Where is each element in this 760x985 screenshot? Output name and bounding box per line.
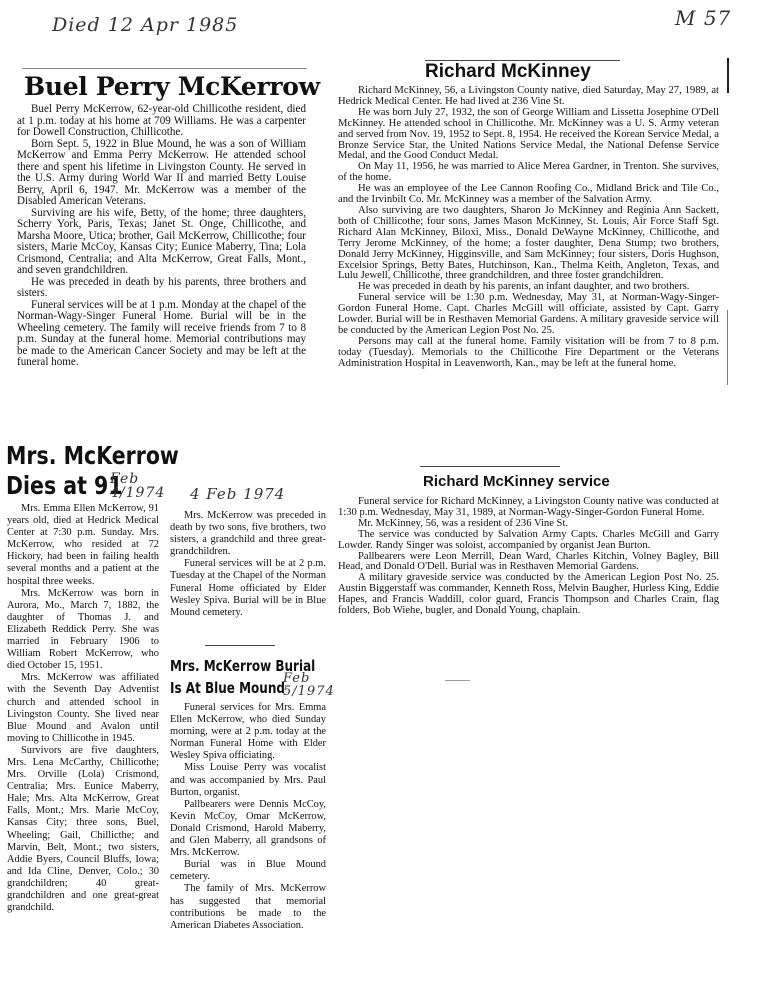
article-column-2: Mrs. McKerrow was preceded in death by t…	[170, 510, 326, 619]
paragraph: Funeral service will be 1:30 p.m. Wednes…	[338, 293, 719, 337]
column-border	[727, 310, 728, 385]
handwritten-page-code: M 57	[675, 6, 731, 30]
divider	[205, 645, 275, 646]
paragraph: Mrs. McKerrow was born in Aurora, Mo., M…	[7, 588, 159, 673]
paragraph: Surviving are his wife, Betty, of the ho…	[17, 208, 306, 277]
handwritten-date: 4 Feb 1974	[190, 485, 285, 503]
divider	[420, 466, 560, 467]
paragraph: Funeral services will be at 1 p.m. Monda…	[17, 300, 306, 369]
headline-richard: Richard McKinney	[425, 61, 591, 83]
headline-richard-service: Richard McKinney service	[423, 473, 610, 490]
paragraph: Mrs. Emma Ellen McKerrow, 91 years old, …	[7, 503, 159, 588]
paragraph: The family of Mrs. McKerrow has suggeste…	[170, 883, 326, 931]
divider	[445, 680, 470, 681]
handwritten-date: Feb 5/1974	[283, 672, 328, 698]
paragraph: Also surviving are two daughters, Sharon…	[338, 206, 719, 282]
paragraph: He was born July 27, 1932, the son of Ge…	[338, 108, 719, 163]
headline-buel: Buel Perry McKerrow	[24, 72, 320, 101]
headline-burial-line2: Is At Blue Mound	[170, 679, 285, 697]
paragraph: Funeral service for Richard McKinney, a …	[338, 497, 719, 519]
article-body-richard: Richard McKinney, 56, a Livingston Count…	[338, 86, 719, 370]
paragraph: Pallbearers were Dennis McCoy, Kevin McC…	[170, 799, 326, 859]
paragraph: Pallbearers were Leon Merrill, Dean Ward…	[338, 552, 719, 574]
article-body-buel: Buel Perry McKerrow, 62-year-old Chillic…	[17, 104, 306, 369]
paragraph: Buel Perry McKerrow, 62-year-old Chillic…	[17, 104, 306, 139]
paragraph: Miss Louise Perry was vocalist and was a…	[170, 762, 326, 798]
handwritten-death-date: Died 12 Apr 1985	[52, 14, 238, 36]
paragraph: Survivors are five daughters, Mrs. Lena …	[7, 745, 159, 914]
paragraph: Richard McKinney, 56, a Livingston Count…	[338, 86, 719, 108]
paragraph: On May 11, 1956, he was married to Alice…	[338, 162, 719, 184]
paragraph: The service was conducted by Salvation A…	[338, 530, 719, 552]
article-body-richard-service: Funeral service for Richard McKinney, a …	[338, 497, 719, 617]
article-body-burial: Funeral services for Mrs. Emma Ellen McK…	[170, 702, 326, 932]
paragraph: Funeral services will be at 2 p.m. Tuesd…	[170, 558, 326, 618]
paragraph: Persons may call at the funeral home. Fa…	[338, 337, 719, 370]
paragraph: A military graveside service was conduct…	[338, 573, 719, 617]
headline-mrs-mckerrow-line2: Dies at 91	[6, 471, 123, 500]
paragraph: Mrs. McKerrow was affiliated with the Se…	[7, 672, 159, 745]
column-border	[727, 58, 729, 93]
paragraph: Mrs. McKerrow was preceded in death by t…	[170, 510, 326, 558]
headline-mrs-mckerrow-line1: Mrs. McKerrow	[6, 441, 179, 470]
paragraph: Born Sept. 5, 1922 in Blue Mound, he was…	[17, 139, 306, 208]
paragraph: He was an employee of the Lee Cannon Roo…	[338, 184, 719, 206]
divider	[22, 68, 307, 69]
article-column-1: Mrs. Emma Ellen McKerrow, 91 years old, …	[7, 503, 159, 914]
paragraph: Burial was in Blue Mound cemetery.	[170, 859, 326, 883]
paragraph: Funeral services for Mrs. Emma Ellen McK…	[170, 702, 326, 762]
paragraph: He was preceded in death by his parents,…	[17, 277, 306, 300]
handwritten-date: Feb 4/1974	[110, 472, 160, 500]
